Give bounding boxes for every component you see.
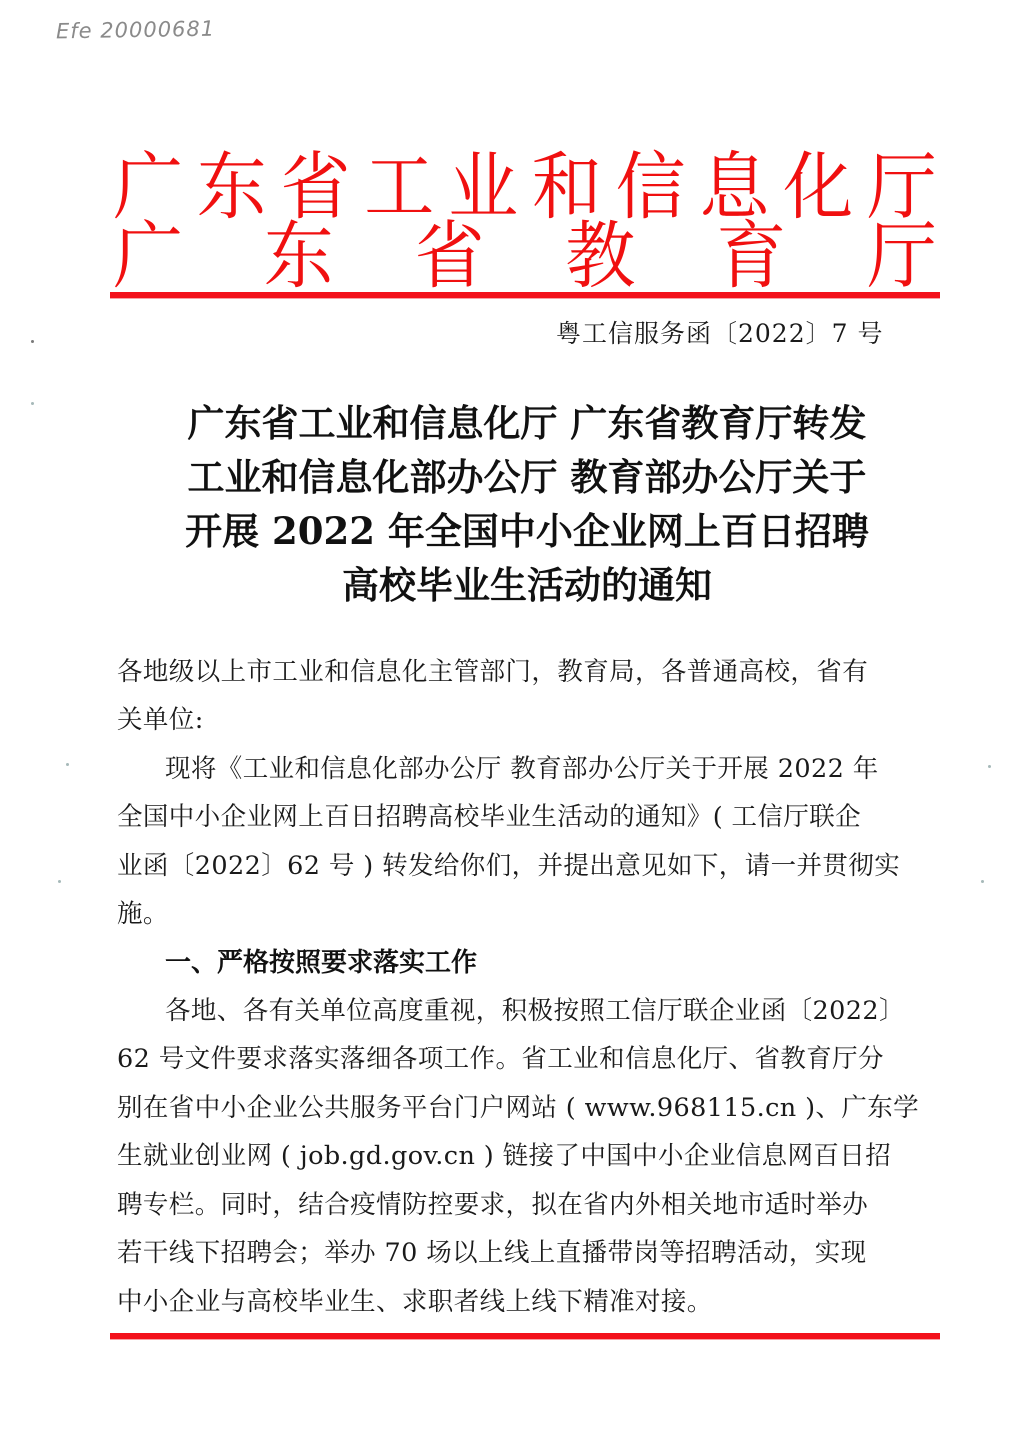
title-line: 广东省工业和信息化厅 广东省教育厅转发 bbox=[112, 396, 942, 450]
footer-divider bbox=[110, 1333, 940, 1339]
letterhead-char: 教 bbox=[564, 219, 636, 293]
letterhead-char: 东 bbox=[196, 150, 268, 224]
scan-speck bbox=[66, 763, 69, 766]
letterhead-char: 厅 bbox=[866, 219, 938, 293]
letterhead-divider bbox=[110, 292, 940, 298]
letterhead-line-education-dept: 广 东 省 教 育 厅 bbox=[112, 219, 938, 293]
letterhead-char: 东 bbox=[263, 219, 335, 293]
body-line: 生就业创业网 ( job.gd.gov.cn ) 链接了中国中小企业信息网百日招 bbox=[117, 1136, 912, 1172]
scan-speck bbox=[58, 880, 61, 883]
scan-speck bbox=[31, 340, 34, 343]
body-line: 全国中小企业网上百日招聘高校毕业生活动的通知》( 工信厅联企 bbox=[117, 797, 912, 833]
letterhead-char: 育 bbox=[715, 219, 787, 293]
body-line: 施。 bbox=[117, 894, 912, 930]
scan-speck bbox=[981, 880, 984, 883]
body-line: 62 号文件要求落实落细各项工作。省工业和信息化厅、省教育厅分 bbox=[117, 1039, 912, 1075]
document-number: 粤工信服务函〔2022〕7 号 bbox=[556, 314, 883, 350]
body-line: 若干线下招聘会；举办 70 场以上线上直播带岗等招聘活动，实现 bbox=[117, 1233, 912, 1269]
body-line: 关单位: bbox=[117, 700, 912, 736]
letterhead-char: 广 bbox=[112, 219, 184, 293]
letterhead-char: 化 bbox=[782, 150, 854, 224]
handwritten-archive-note: Efe 20000681 bbox=[56, 17, 216, 44]
section-heading: 一、严格按照要求落实工作 bbox=[165, 942, 477, 979]
title-line: 开展 2022 年全国中小企业网上百日招聘 bbox=[112, 504, 942, 558]
body-line: 聘专栏。同时，结合疫情防控要求，拟在省内外相关地市适时举办 bbox=[117, 1185, 912, 1221]
title-line: 高校毕业生活动的通知 bbox=[112, 558, 942, 612]
body-line: 别在省中小企业公共服务平台门户网站 ( www.968115.cn )、广东学 bbox=[117, 1088, 912, 1124]
document-title: 广东省工业和信息化厅 广东省教育厅转发 工业和信息化部办公厅 教育部办公厅关于 … bbox=[112, 396, 942, 612]
body-line: 各地、各有关单位高度重视，积极按照工信厅联企业函〔2022〕 bbox=[165, 991, 960, 1027]
scan-speck bbox=[31, 402, 34, 405]
title-line: 工业和信息化部办公厅 教育部办公厅关于 bbox=[112, 450, 942, 504]
body-line: 现将《工业和信息化部办公厅 教育部办公厅关于开展 2022 年 bbox=[165, 749, 960, 785]
scan-speck bbox=[988, 765, 991, 768]
letterhead-line-industry-dept: 广 东 省 工 业 和 信 息 化 厅 bbox=[112, 150, 938, 224]
body-line: 中小企业与高校毕业生、求职者线上线下精准对接。 bbox=[117, 1282, 912, 1318]
body-line: 业函〔2022〕62 号 ) 转发给你们，并提出意见如下，请一并贯彻实 bbox=[117, 846, 912, 882]
body-line: 各地级以上市工业和信息化主管部门，教育局，各普通高校，省有 bbox=[117, 652, 912, 688]
letterhead-char: 省 bbox=[414, 219, 486, 293]
